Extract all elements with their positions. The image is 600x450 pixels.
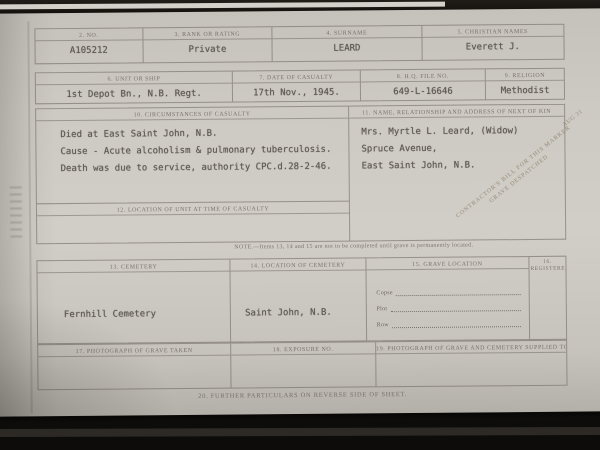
religion-label: 9. RELIGION — [486, 69, 564, 82]
photograph-row: 17. PHOTOGRAPH OF GRAVE TAKEN 18. EXPOSU… — [37, 340, 567, 391]
field-cemetery-location: 14. LOCATION OF CEMETERY Saint John, N.B… — [231, 258, 367, 341]
unit-value: 1st Depot Bn., N.B. Regt. — [36, 88, 232, 102]
cemetery-location-value: Saint John, N.B. — [231, 306, 366, 319]
field-rank: 3. RANK OR RATING Private — [143, 27, 273, 62]
unit-row: 6. UNIT OR SHIP 1st Depot Bn., N.B. Regt… — [35, 68, 565, 105]
paper-stack-edge — [27, 21, 32, 413]
next-of-kin-line: Mrs. Myrtle L. Leard, (Widow) — [361, 125, 564, 139]
unit-label: 6. UNIT OR SHIP — [36, 72, 232, 86]
copse-blank-line — [396, 286, 521, 296]
surname-value: LEARD — [273, 42, 422, 55]
grave-location-label: 15. GRAVE LOCATION — [366, 257, 528, 270]
unit-location-label: 12. LOCATION OF UNIT AT TIME OF CASUALTY — [37, 202, 349, 217]
casualty-record-form: 2. NO. A105212 3. RANK OR RATING Private… — [34, 24, 564, 29]
cemetery-label: 13. CEMETERY — [37, 260, 229, 274]
plot-label: Plot — [376, 306, 387, 312]
table-edge-shadow — [0, 427, 600, 437]
field-christian-names: 5. CHRISTIAN NAMES Everett J. — [422, 25, 564, 60]
field-casualty-date: 7. DATE OF CASUALTY 17th Nov., 1945. — [233, 70, 361, 101]
christian-names-value: Everett J. — [422, 41, 564, 54]
document-paper: 2. NO. A105212 3. RANK OR RATING Private… — [0, 8, 600, 416]
field-exposure-no: 18. EXPOSURE NO. — [231, 342, 377, 387]
religion-value: Methodist — [486, 85, 564, 98]
field-surname: 4. SURNAME LEARD — [272, 26, 422, 61]
service-number-label: 2. NO. — [35, 28, 142, 41]
grave-location-fields: Copse Plot Row — [366, 269, 529, 328]
exposure-no-label: 18. EXPOSURE NO. — [231, 342, 375, 355]
rank-label: 3. RANK OR RATING — [143, 27, 272, 40]
details-row: 10. CIRCUMSTANCES OF CASUALTY Died at Ea… — [35, 104, 566, 245]
field-unit: 6. UNIT OR SHIP 1st Depot Bn., N.B. Regt… — [36, 72, 234, 104]
registered-label: 16. REGISTERED — [529, 257, 565, 272]
photo-taken-label: 17. PHOTOGRAPH OF GRAVE TAKEN — [38, 344, 230, 358]
christian-names-label: 5. CHRISTIAN NAMES — [422, 25, 564, 38]
rank-value: Private — [143, 43, 272, 56]
grave-location-field-copse: Copse — [366, 279, 528, 296]
paper-edge-highlight — [0, 2, 445, 10]
casualty-date-value: 17th Nov., 1945. — [233, 86, 360, 99]
circumstances-text: Died at East Saint John, N.B. Cause - Ac… — [36, 119, 348, 176]
field-service-number: 2. NO. A105212 — [35, 28, 143, 63]
row-label: Row — [377, 322, 389, 328]
circumstances-line: Death was due to service, authority CPC.… — [61, 161, 349, 176]
hq-file-no-value: 649-L-16646 — [361, 85, 486, 98]
circumstances-box: 10. CIRCUMSTANCES OF CASUALTY Died at Ea… — [35, 106, 350, 205]
plot-blank-line — [390, 302, 521, 312]
cemetery-row: 13. CEMETERY Fernhill Cemetery 14. LOCAT… — [36, 256, 567, 345]
grave-location-field-plot: Plot — [366, 295, 528, 312]
service-number-value: A105212 — [36, 44, 143, 57]
margin-annotation — [10, 185, 22, 237]
field-photo-supplied: 19. PHOTOGRAPH OF GRAVE AND CEMETERY SUP… — [376, 341, 566, 387]
row-blank-line — [392, 318, 521, 328]
identity-row: 2. NO. A105212 3. RANK OR RATING Private… — [34, 24, 564, 65]
hq-file-no-label: 8. H.Q. FILE NO. — [361, 69, 486, 82]
unit-location-box: 12. LOCATION OF UNIT AT TIME OF CASUALTY — [36, 202, 350, 245]
casualty-date-label: 7. DATE OF CASUALTY — [233, 70, 360, 83]
photo-scene: 2. NO. A105212 3. RANK OR RATING Private… — [0, 0, 600, 450]
field-religion: 9. RELIGION Methodist — [486, 69, 564, 100]
cemetery-value: Fernhill Cemetery — [38, 308, 230, 322]
field-registered: 16. REGISTERED — [529, 257, 566, 339]
field-cemetery: 13. CEMETERY Fernhill Cemetery — [37, 260, 231, 344]
surname-label: 4. SURNAME — [272, 26, 421, 39]
copse-label: Copse — [376, 290, 393, 296]
grave-location-field-row: Row — [367, 311, 529, 328]
cemetery-location-label: 14. LOCATION OF CEMETERY — [231, 258, 366, 271]
circumstances-column: 10. CIRCUMSTANCES OF CASUALTY Died at Ea… — [35, 106, 350, 245]
circumstances-line: Cause - Acute alcoholism & pulmonary tub… — [60, 144, 348, 159]
circumstances-line: Died at East Saint John, N.B. — [60, 127, 348, 142]
next-of-kin-label: 11. NAME, RELATIONSHIP AND ADDRESS OF NE… — [349, 105, 564, 119]
field-grave-location: 15. GRAVE LOCATION Copse Plot Row — [366, 257, 530, 340]
form-footer-note: 20. FURTHER PARTICULARS ON REVERSE SIDE … — [38, 390, 568, 402]
photo-supplied-label: 19. PHOTOGRAPH OF GRAVE AND CEMETERY SUP… — [376, 341, 566, 355]
field-hq-file-no: 8. H.Q. FILE NO. 649-L-16646 — [361, 69, 487, 100]
field-photo-taken: 17. PHOTOGRAPH OF GRAVE TAKEN — [38, 344, 231, 390]
